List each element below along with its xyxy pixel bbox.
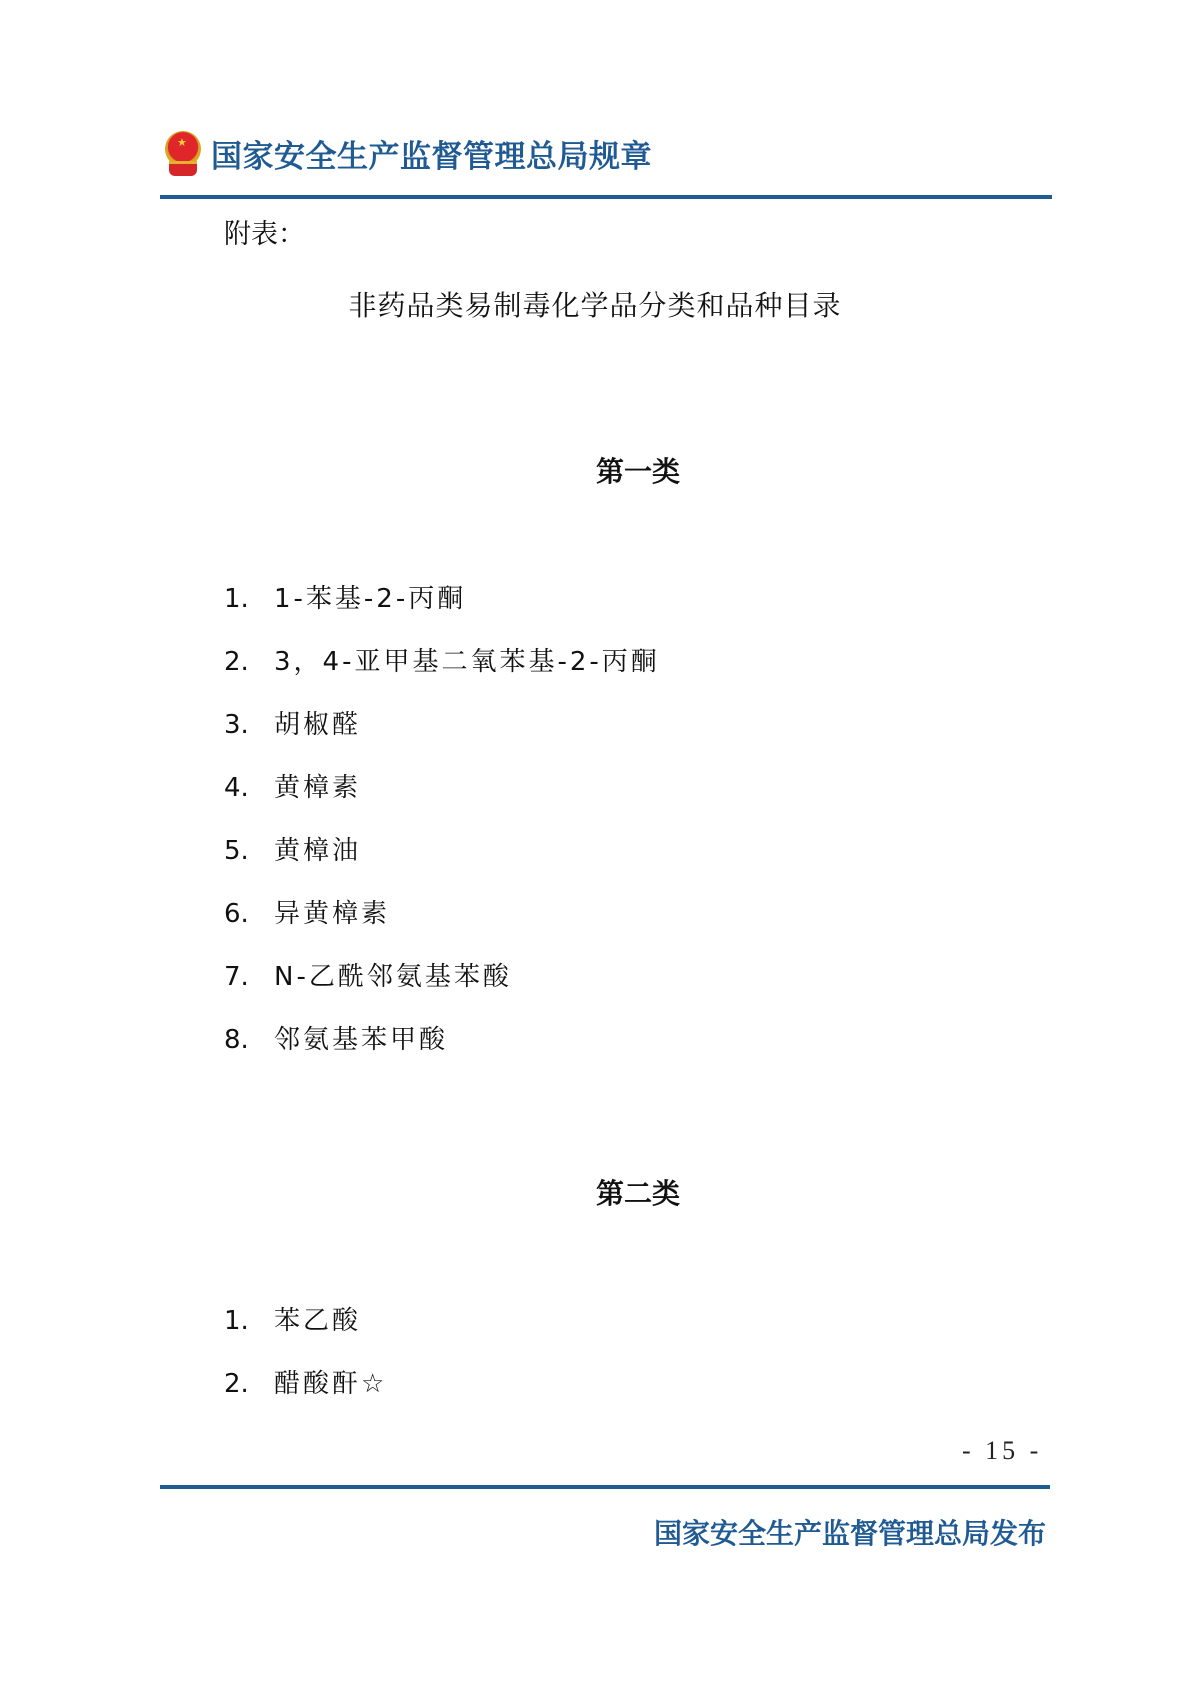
list-item: 7.N-乙酰邻氨基苯酸 [224,956,512,993]
footer-publisher: 国家安全生产监督管理总局发布 [654,1512,1046,1552]
list-item: 3.胡椒醛 [224,704,361,741]
list-item: 5.黄樟油 [224,830,361,867]
national-emblem-icon: ★ [163,131,203,175]
footer-divider [160,1485,1050,1489]
list-item: 2.3，4-亚甲基二氧苯基-2-丙酮 [224,641,660,678]
appendix-label: 附表： [224,212,305,251]
list-item: 8.邻氨基苯甲酸 [224,1019,448,1056]
category-heading: 第一类 [0,450,1190,490]
page-number: - 15 - [962,1436,1042,1466]
document-title: 非药品类易制毒化学品分类和品种目录 [0,284,1190,324]
list-item: 6.异黄樟素 [224,893,390,930]
list-item: 4.黄樟素 [224,767,361,804]
header-divider [160,195,1052,199]
list-item: 1.1-苯基-2-丙酮 [224,578,466,615]
page-header: ★ 国家安全生产监督管理总局规章 [163,128,652,178]
category-heading: 第二类 [0,1172,1190,1212]
list-item: 2.醋酸酐☆ [224,1363,387,1400]
header-title: 国家安全生产监督管理总局规章 [211,131,652,176]
list-item: 1.苯乙酸 [224,1300,361,1337]
